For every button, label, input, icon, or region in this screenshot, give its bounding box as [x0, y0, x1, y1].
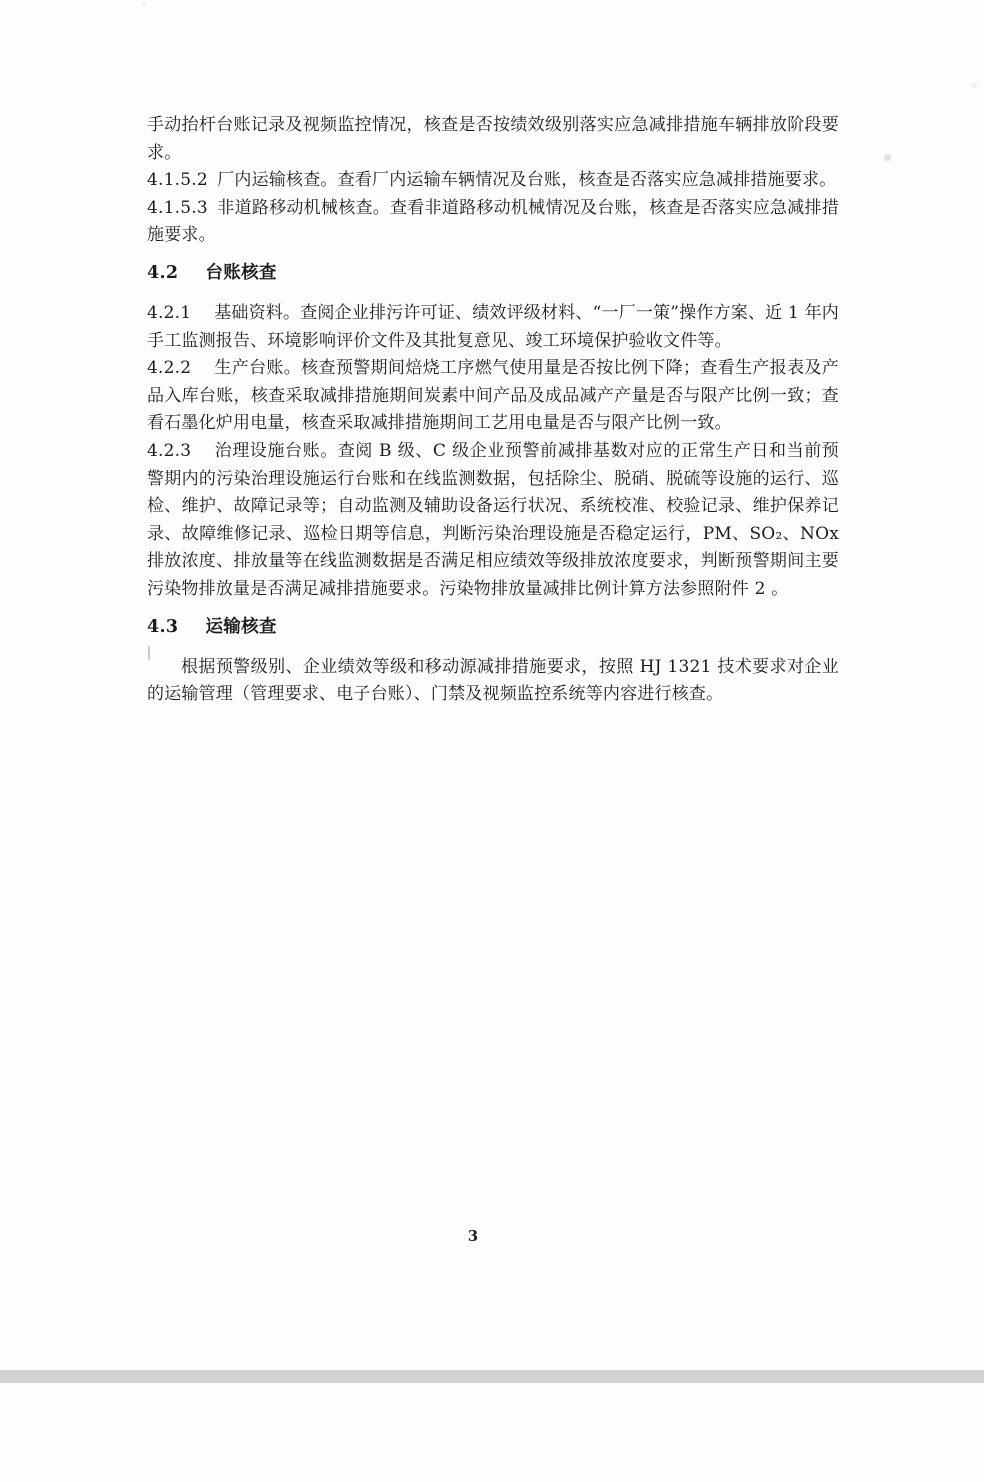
section-title: 台账核查 [205, 263, 276, 283]
scan-artifact-dot [884, 154, 891, 161]
clause-number: 4.2.2 [147, 358, 191, 378]
section-title: 运输核查 [205, 617, 276, 637]
section-heading-4-3: 4.3运输核查 [147, 614, 839, 641]
clause-text: 治理设施台账。查阅 B 级、C 级企业预警前减排基数对应的正常生产日和当前预警期… [147, 441, 839, 599]
clause-text: 基础资料。查阅企业排污许可证、绩效评级材料、“一厂一策”操作方案、近 1 年内手… [147, 303, 839, 351]
scanner-edge-band [0, 1370, 984, 1383]
scan-artifact-dot [141, 1, 147, 5]
clause-number: 4.1.5.3 [147, 198, 208, 218]
section-number: 4.2 [147, 263, 178, 283]
clause-text: 非道路移动机械核查。查看非道路移动机械情况及台账，核查是否落实应急减排措施要求。 [147, 198, 839, 246]
scan-artifact-dash [148, 646, 150, 660]
clause-4-1-5-2: 4.1.5.2厂内运输核查。查看厂内运输车辆情况及台账，核查是否落实应急减排措施… [147, 167, 839, 195]
page-number: 3 [147, 1227, 799, 1245]
clause-number: 4.2.1 [147, 303, 191, 323]
clause-4-2-3: 4.2.3治理设施台账。查阅 B 级、C 级企业预警前减排基数对应的正常生产日和… [147, 438, 839, 604]
clause-text: 生产台账。核查预警期间焙烧工序燃气使用量是否按比例下降；查看生产报表及产品入库台… [147, 358, 839, 433]
clause-text: 厂内运输核查。查看厂内运输车辆情况及台账，核查是否落实应急减排措施要求。 [217, 170, 836, 190]
clause-number: 4.2.3 [147, 441, 191, 461]
scan-artifact-dot [971, 83, 977, 88]
body-text-continuation: 手动抬杆台账记录及视频监控情况，核查是否按绩效级别落实应急减排措施车辆排放阶段要… [147, 112, 839, 167]
clause-number: 4.1.5.2 [147, 170, 208, 190]
page-content: 手动抬杆台账记录及视频监控情况，核查是否按绩效级别落实应急减排措施车辆排放阶段要… [147, 112, 839, 709]
clause-4-1-5-3: 4.1.5.3非道路移动机械核查。查看非道路移动机械情况及台账，核查是否落实应急… [147, 195, 839, 250]
clause-4-2-2: 4.2.2生产台账。核查预警期间焙烧工序燃气使用量是否按比例下降；查看生产报表及… [147, 355, 839, 438]
section-number: 4.3 [147, 617, 178, 637]
paragraph-transport-check: 根据预警级别、企业绩效等级和移动源减排措施要求，按照 HJ 1321 技术要求对… [147, 654, 839, 709]
clause-4-2-1: 4.2.1基础资料。查阅企业排污许可证、绩效评级材料、“一厂一策”操作方案、近 … [147, 300, 839, 355]
document-page: 手动抬杆台账记录及视频监控情况，核查是否按绩效级别落实应急减排措施车辆排放阶段要… [0, 0, 984, 1482]
section-heading-4-2: 4.2台账核查 [147, 260, 839, 287]
